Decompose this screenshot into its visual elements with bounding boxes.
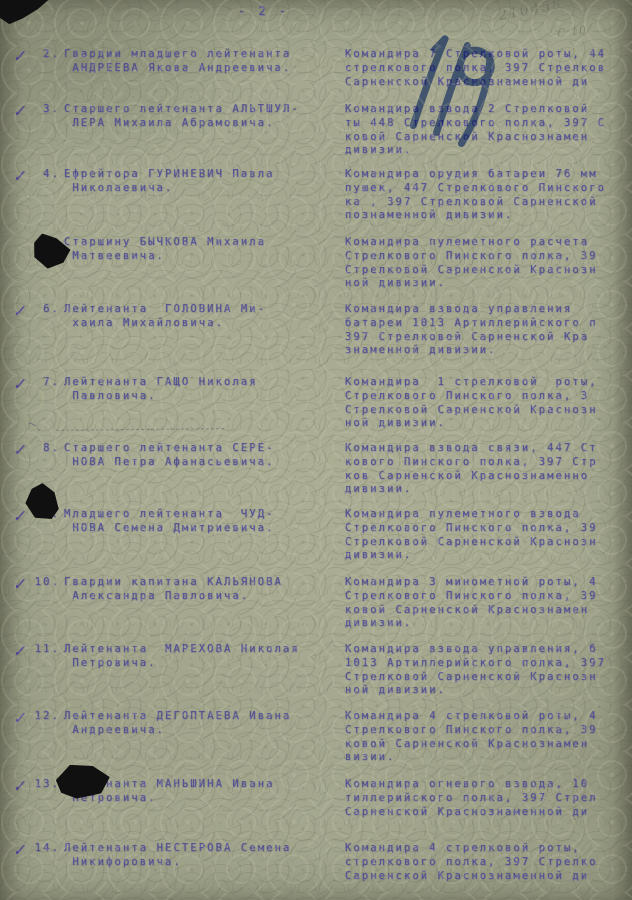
entry-rank-name: Старшину БЫЧКОВА Михаила Матвеевича. [64,236,338,264]
entry-rank-name: Гвардии капитана КАЛЬЯНОВА Александра Па… [64,576,338,604]
entry-position: Командира 1 стрелковой роты, Стрелкового… [345,376,629,431]
entry-number: 7. [30,376,60,390]
entry-rank-name: Лейтенанта ДЕГОПТАЕВА Ивана Андреевича. [64,710,338,738]
entry-rank-name: Лейтенанта МАРЕХОВА Николая Петровича. [64,643,338,671]
entry-rank-name: Гвардии младшего лейтенанта АНДРЕЕВА Яко… [64,48,338,76]
document-page: - 2 - 210458 - C 10 ✓2.Гвардии младшего … [0,0,632,900]
entry-position: Командира пулеметного расчета Стрелковог… [345,236,629,291]
entry-number: 13. [30,778,60,792]
checkmark-annotation: ✓ [14,45,24,66]
checkmark-annotation: ✓ [14,165,24,186]
entry-rank-name: Ефрейтора ГУРИНЕВИЧ Павла Николаевича. [64,168,338,196]
checkmark-annotation: ✓ [14,505,24,526]
entry-number: 6. [30,303,60,317]
entry-rank-name: Младшего лейтенанта ЧУД- НОВА Семена Дми… [64,508,338,536]
entry-position: Командира пулеметного взвода Стрелкового… [345,508,629,563]
ink-mark-119 [397,23,507,156]
checkmark-annotation: ✓ [14,573,24,594]
entry-number: 12. [30,710,60,724]
entry-number: 10. [30,576,60,590]
entry-position: Командира орудия батареи 76 мм пушек, 44… [345,168,629,223]
checkmark-annotation: ✓ [14,839,24,860]
checkmark-annotation: ✓ [14,707,24,728]
entry-rank-name: Старшего лейтенанта СЕРЕ- НОВА Петра Афа… [64,442,338,470]
entry-rank-name: Лейтенанта НЕСТЕРОВА Семена Никифоровича… [64,842,338,870]
entry-position: Командира взвода управления, б 1013 Арти… [345,643,629,698]
entry-position: Командира огневого взвода, 10 тиллерийск… [345,778,629,819]
checkmark-annotation: ✓ [14,300,24,321]
entry-number: 2. [30,48,60,62]
entry-rank-name: Лейтенанта ГАЩО Николая Павловича. [64,376,338,404]
checkmark-annotation: ✓ [14,775,24,796]
entry-number: 11. [30,643,60,657]
entry-position: Командира взвода связи, 447 Ст кового Пи… [345,442,629,497]
entry-number: 3. [30,103,60,117]
entry-position: Командира 4 стрелковой роты, 4 Стрелково… [345,710,629,765]
checkmark-annotation: ✓ [14,439,24,460]
checkmark-annotation: ✓ [14,373,24,394]
entry-number: 8. [30,442,60,456]
entry-position: Командира 4 стрелковой роты, стрелкового… [345,842,629,883]
entry-number: 4. [30,168,60,182]
checkmark-annotation: ✓ [14,640,24,661]
entry-rank-name: Старшего лейтенанта АЛЬТШУЛ- ЛЕРА Михаил… [64,103,338,131]
entry-number: 14. [30,842,60,856]
entries-list: ✓2.Гвардии младшего лейтенанта АНДРЕЕВА … [0,0,632,900]
entry-rank-name: Лейтенанта ГОЛОВИНА Ми- хаила Михайлович… [64,303,338,331]
entry-position: Командира 3 минометной роты, 4 Стрелково… [345,576,629,631]
entry-position: Командира взвода управления батареи 1013… [345,303,629,358]
checkmark-annotation: ✓ [14,100,24,121]
